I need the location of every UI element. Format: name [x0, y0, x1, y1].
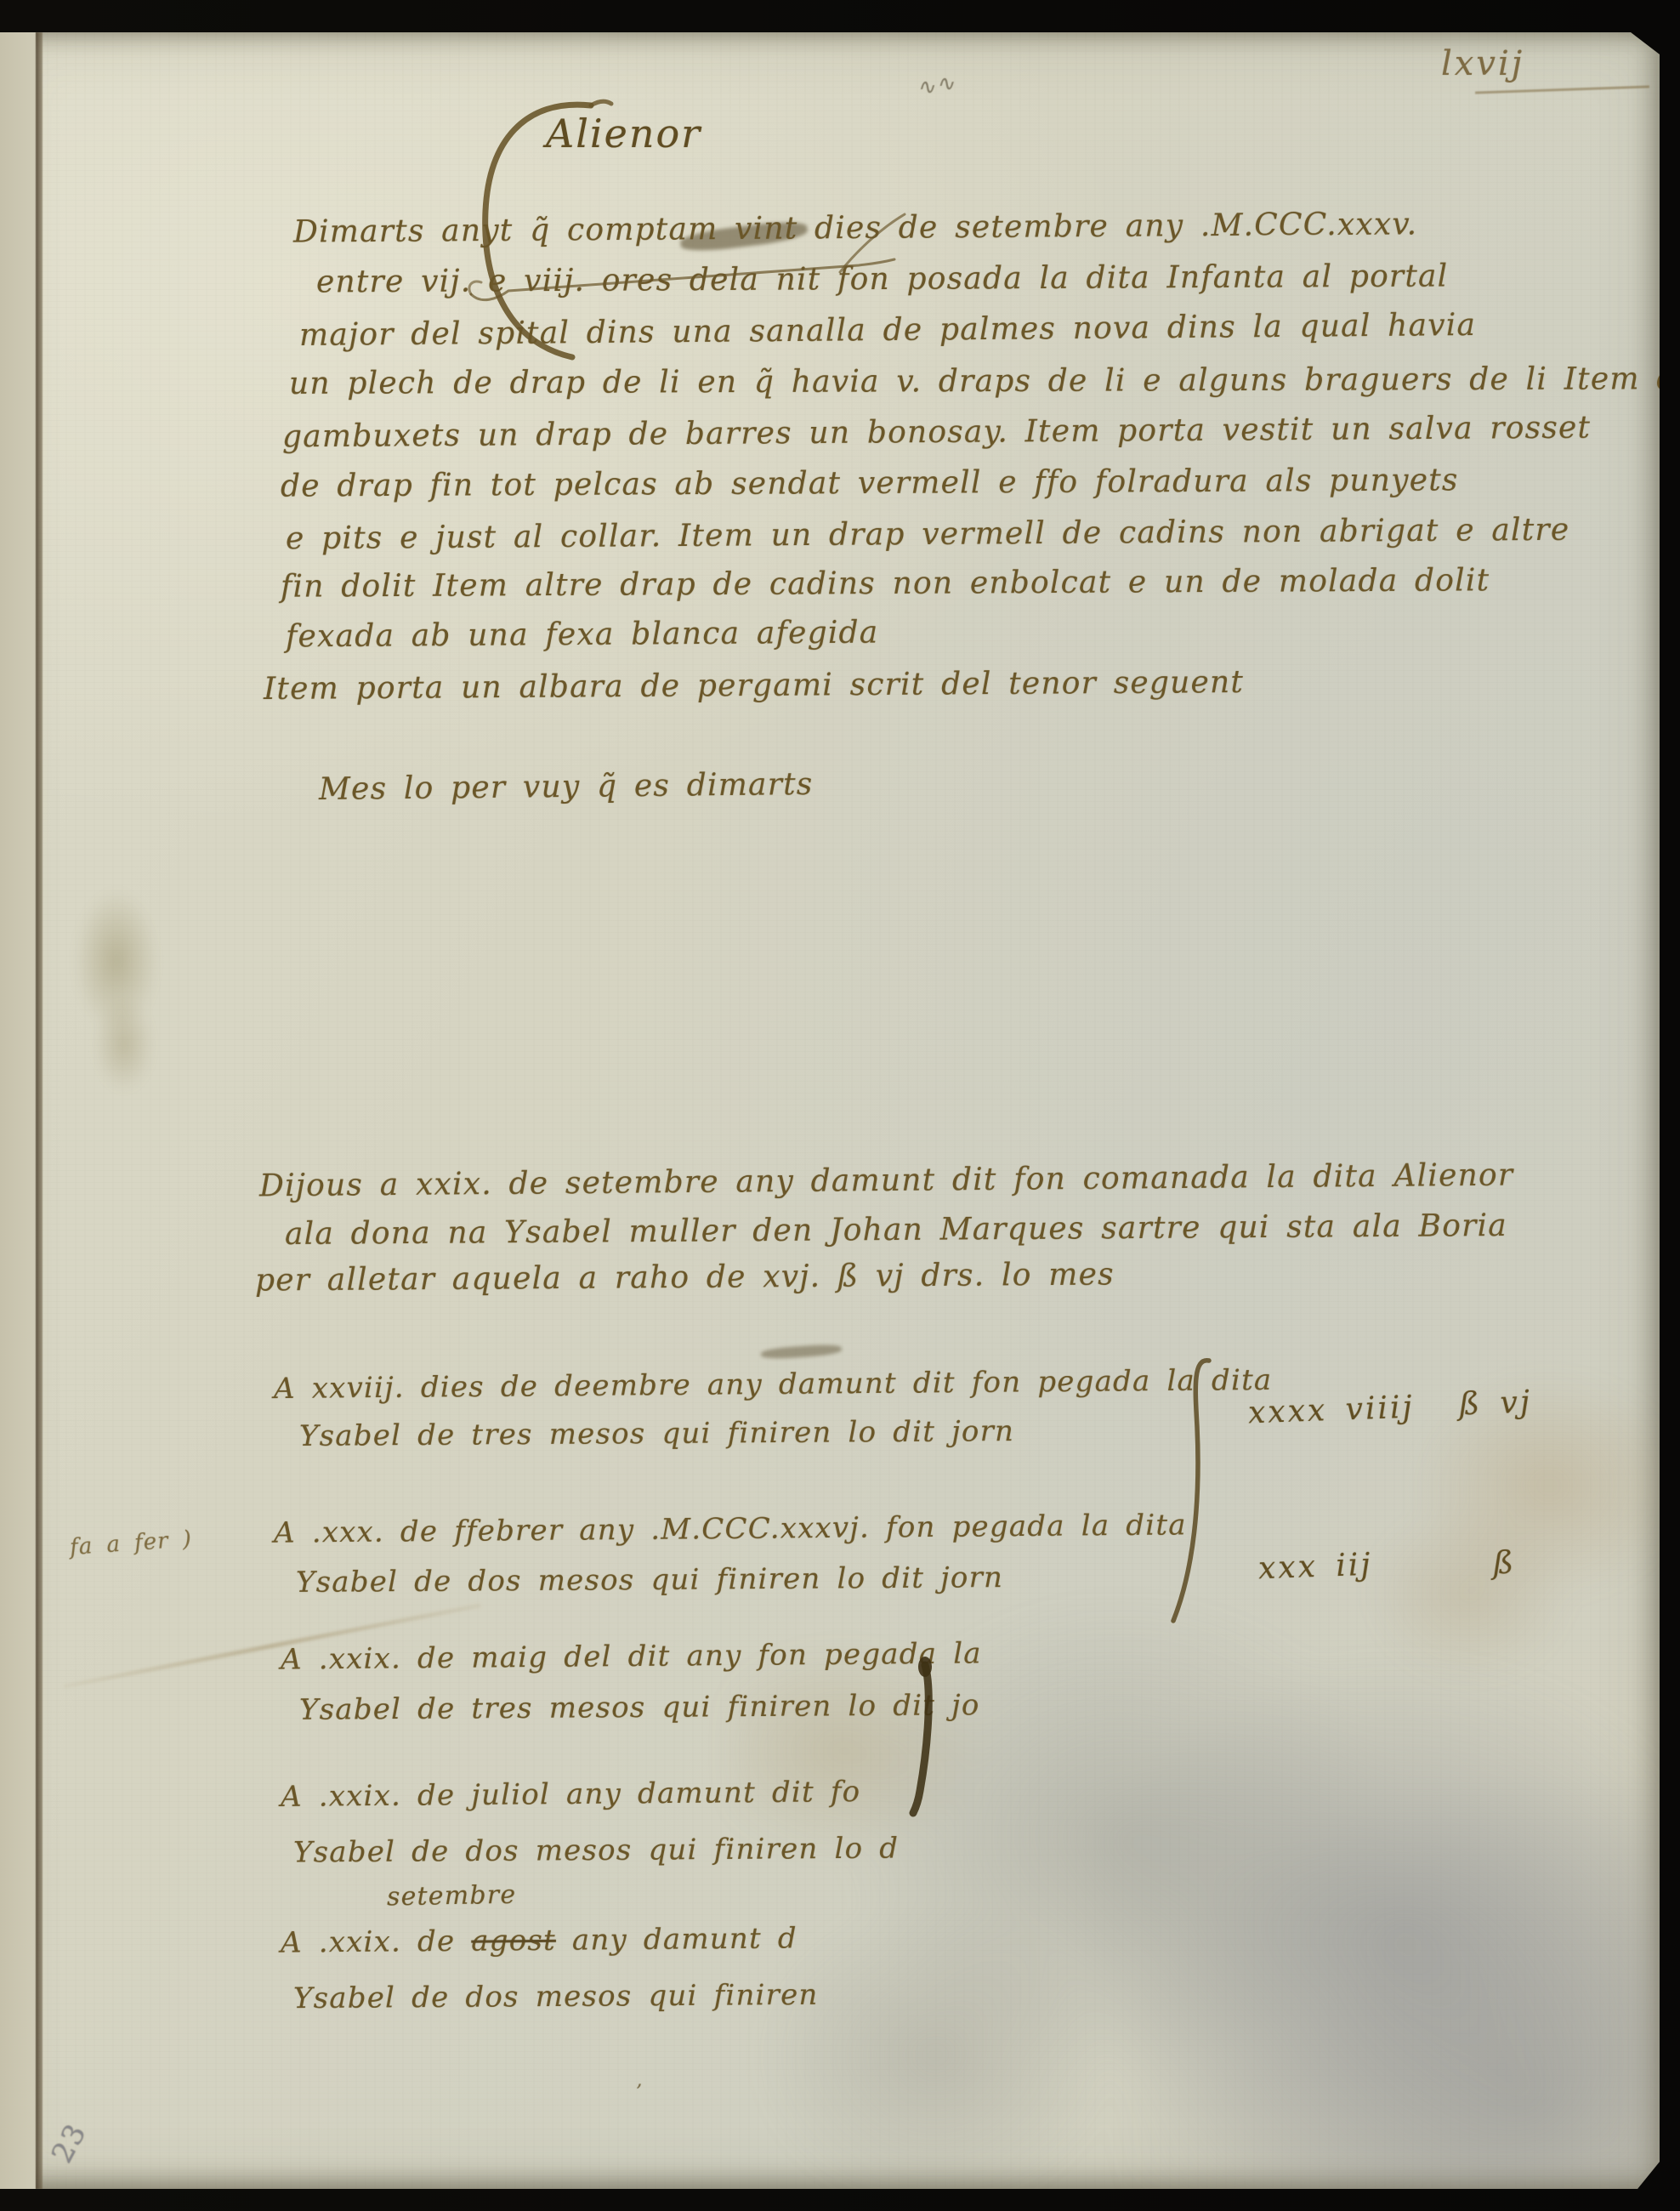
note-line: Mes lo per vuy q̃ es dimarts — [319, 767, 814, 807]
binding-fold-line — [36, 32, 43, 2189]
entry-amount: xxx iij — [1257, 1548, 1373, 1587]
manuscript-page: lxvij ∿∿ Alienor Dimarts anyt q̃ comptam… — [0, 32, 1660, 2189]
entry-line: Ysabel de tres mesos qui finiren lo dit … — [299, 1688, 980, 1727]
pencil-folio-number: 23 — [45, 2117, 94, 2169]
entry-line: A xxviij. dies de deembre any damunt dit… — [274, 1363, 1273, 1406]
entry-line: Ysabel de dos mesos qui finiren lo dit j… — [296, 1560, 1003, 1600]
manuscript-photo: lxvij ∿∿ Alienor Dimarts anyt q̃ comptam… — [0, 0, 1680, 2211]
struck-word: agost — [471, 1924, 556, 1958]
entry-line: A .xxix. de juliol any damunt dit fo — [281, 1775, 861, 1814]
heavy-ink-stroke-icon — [898, 1658, 945, 1820]
ink-smudge-small — [761, 1344, 843, 1361]
entry-amount-unit: ß — [1492, 1546, 1516, 1582]
water-stain-tan — [1343, 1325, 1660, 1682]
entry-line: Ysabel de dos mesos qui finiren — [293, 1978, 819, 2015]
paragraph-line: un plech de drap de li en q̃ havia v. dr… — [289, 361, 1680, 401]
entry-line: Ysabel de dos mesos qui finiren lo d — [293, 1832, 899, 1870]
paragraph-line: fexada ab una fexa blanca afegida — [286, 616, 879, 655]
paragraph-line: entre vij. e viij. ores dela nit fon pos… — [316, 259, 1449, 300]
entry-amount: xxxx viiij — [1247, 1390, 1415, 1431]
binding-edge-strip — [0, 32, 36, 2189]
smudge-stain-left — [44, 866, 189, 1104]
entry-text-prefix: A .xxix. de — [281, 1924, 472, 1960]
entry-line: A .xxix. de agost any damunt d — [281, 1921, 797, 1959]
pencil-scribble: ∿∿ — [915, 70, 957, 102]
paragraph-line: Dimarts anyt q̃ comptam vint dies de set… — [293, 207, 1418, 249]
paragraph-line: fin dolit Item altre drap de cadins non … — [281, 563, 1490, 604]
stray-mark: ’ — [636, 2082, 643, 2103]
entry-text-suffix: any damunt d — [556, 1921, 797, 1957]
entry-line: A .xxx. de ffebrer any .M.CCC.xxxvj. fon… — [274, 1508, 1187, 1549]
page-title: Alienor — [546, 111, 701, 156]
entry-line: Ysabel de tres mesos qui finiren lo dit … — [299, 1414, 1014, 1453]
paragraph-line: e pits e just al collar. Item un drap ve… — [286, 513, 1570, 557]
paragraph-line: ala dona na Ysabel muller den Johan Marq… — [285, 1208, 1507, 1252]
paragraph-line: de drap fin tot pelcas ab sendat vermell… — [281, 463, 1459, 503]
margin-note: fa a fer ) — [69, 1526, 193, 1560]
entry-line: A .xxix. de maig del dit any fon pegada … — [281, 1636, 982, 1676]
paragraph-line: Dijous a xxix. de setembre any damunt di… — [259, 1158, 1514, 1204]
paragraph-line: per alletar aquela a raho de xvj. ß vj d… — [255, 1257, 1115, 1298]
folio-number: lxvij — [1441, 44, 1524, 83]
entry-amount-unit: ß vj — [1458, 1385, 1532, 1423]
folio-dash — [1475, 85, 1649, 94]
paragraph-line: Item porta un albara de pergami scrit de… — [264, 665, 1244, 707]
entries-bracket-icon — [1166, 1356, 1217, 1628]
interlined-correction: setembre — [387, 1880, 517, 1913]
paragraph-line: gambuxets un drap de barres un bonosay. … — [282, 411, 1591, 455]
